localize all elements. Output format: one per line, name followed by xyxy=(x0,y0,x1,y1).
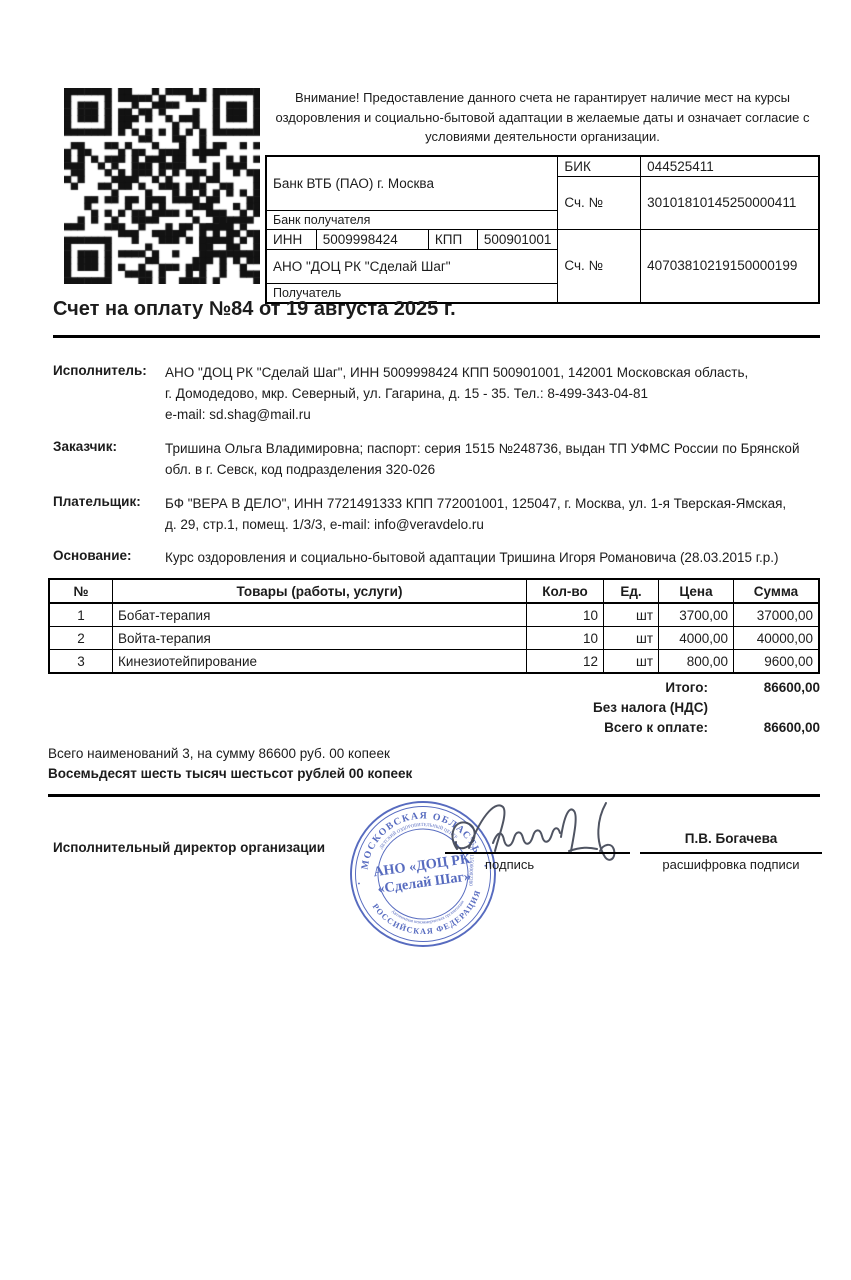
table-row: 3 Кинезиотейпирование 12 шт 800,00 9600,… xyxy=(49,650,819,674)
total-row-nds: Без налога (НДС) xyxy=(48,698,820,718)
requisite-value: БФ "ВЕРА В ДЕЛО", ИНН 7721491333 КПП 772… xyxy=(165,494,820,536)
cell-unit: шт xyxy=(604,603,659,627)
cell-price: 800,00 xyxy=(659,650,734,674)
cell-quantity: 10 xyxy=(527,603,604,627)
invoice-title: Счет на оплату №84 от 19 августа 2025 г. xyxy=(53,298,820,321)
cell-sum: 37000,00 xyxy=(734,603,820,627)
bank-recipient-label: Банк получателя xyxy=(266,210,558,229)
totals-section: Итого: 86600,00 Без налога (НДС) Всего к… xyxy=(48,678,820,738)
cell-number: 2 xyxy=(49,627,113,650)
inn-value: 5009998424 xyxy=(316,229,428,249)
stamp-separator-dot: • xyxy=(357,879,361,888)
cell-goods: Войта-терапия xyxy=(113,627,527,650)
cell-sum: 9600,00 xyxy=(734,650,820,674)
total-label: Без налога (НДС) xyxy=(593,698,708,718)
table-row: 1 Бобат-терапия 10 шт 3700,00 37000,00 xyxy=(49,603,819,627)
name-caption: расшифровка подписи xyxy=(640,857,822,872)
cell-number: 1 xyxy=(49,603,113,627)
requisite-value: Тришина Ольга Владимировна; паспорт: сер… xyxy=(165,439,820,481)
recipient-name-cell: АНО "ДОЦ РК "Сделай Шаг" xyxy=(266,249,558,283)
cell-quantity: 12 xyxy=(527,650,604,674)
cell-goods: Кинезиотейпирование xyxy=(113,650,527,674)
header-right: Внимание! Предоставление данного счета н… xyxy=(265,88,820,304)
requisite-label: Исполнитель: xyxy=(53,363,165,426)
cell-goods: Бобат-терапия xyxy=(113,603,527,627)
col-header-goods: Товары (работы, услуги) xyxy=(113,579,527,603)
total-row-itogo: Итого: 86600,00 xyxy=(48,678,820,698)
col-header-quantity: Кол-во xyxy=(527,579,604,603)
corr-account-label: Сч. № xyxy=(558,176,641,229)
amount-in-words: Восемьдесят шесть тысяч шестьсот рублей … xyxy=(48,764,820,784)
items-table: № Товары (работы, услуги) Кол-во Ед. Цен… xyxy=(48,578,820,674)
invoice-page: Внимание! Предоставление данного счета н… xyxy=(0,0,851,1280)
name-line xyxy=(640,852,822,854)
signature-section: Исполнительный директор организации МОСК xyxy=(48,797,820,1017)
bik-label: БИК xyxy=(558,156,641,177)
bik-value: 044525411 xyxy=(641,156,819,177)
requisite-customer: Заказчик: Тришина Ольга Владимировна; па… xyxy=(53,439,820,481)
cell-price: 4000,00 xyxy=(659,627,734,650)
signature-caption: подпись xyxy=(485,857,534,872)
director-label: Исполнительный директор организации xyxy=(53,840,325,855)
signature-line xyxy=(445,852,630,854)
col-header-sum: Сумма xyxy=(734,579,820,603)
account-label: Сч. № xyxy=(558,229,641,303)
cell-number: 3 xyxy=(49,650,113,674)
warning-text: Внимание! Предоставление данного счета н… xyxy=(265,88,820,147)
total-row-to-pay: Всего к оплате: 86600,00 xyxy=(48,718,820,738)
bank-name-cell: Банк ВТБ (ПАО) г. Москва xyxy=(266,156,558,211)
col-header-unit: Ед. xyxy=(604,579,659,603)
kpp-label: КПП xyxy=(428,229,477,249)
table-row: 2 Войта-терапия 10 шт 4000,00 40000,00 xyxy=(49,627,819,650)
total-value xyxy=(708,698,820,718)
cell-sum: 40000,00 xyxy=(734,627,820,650)
items-header-row: № Товары (работы, услуги) Кол-во Ед. Цен… xyxy=(49,579,819,603)
total-label: Всего к оплате: xyxy=(604,718,708,738)
title-block: Счет на оплату №84 от 19 августа 2025 г. xyxy=(53,298,820,338)
cell-quantity: 10 xyxy=(527,627,604,650)
header-section: Внимание! Предоставление данного счета н… xyxy=(64,88,820,304)
total-label: Итого: xyxy=(665,678,708,698)
bank-details-table: Банк ВТБ (ПАО) г. Москва БИК 044525411 С… xyxy=(265,155,820,304)
corr-account-value: 30101810145250000411 xyxy=(641,176,819,229)
inn-label: ИНН xyxy=(266,229,316,249)
requisite-executor: Исполнитель: АНО "ДОЦ РК "Сделай Шаг", И… xyxy=(53,363,820,426)
requisites-section: Исполнитель: АНО "ДОЦ РК "Сделай Шаг", И… xyxy=(53,363,820,582)
handwritten-signature-icon xyxy=(443,797,643,869)
col-header-number: № xyxy=(49,579,113,603)
total-value: 86600,00 xyxy=(708,678,820,698)
main-block: № Товары (работы, услуги) Кол-во Ед. Цен… xyxy=(48,578,820,1017)
col-header-price: Цена xyxy=(659,579,734,603)
items-count-line: Всего наименований 3, на сумму 86600 руб… xyxy=(48,744,820,764)
requisite-payer: Плательщик: БФ "ВЕРА В ДЕЛО", ИНН 772149… xyxy=(53,494,820,536)
cell-unit: шт xyxy=(604,650,659,674)
cell-unit: шт xyxy=(604,627,659,650)
requisite-value: Курс оздоровления и социально-бытовой ад… xyxy=(165,548,820,569)
summary-section: Всего наименований 3, на сумму 86600 руб… xyxy=(48,744,820,784)
total-value: 86600,00 xyxy=(708,718,820,738)
cell-price: 3700,00 xyxy=(659,603,734,627)
account-value: 40703810219150000199 xyxy=(641,229,819,303)
requisite-value: АНО "ДОЦ РК "Сделай Шаг", ИНН 5009998424… xyxy=(165,363,820,426)
requisite-label: Основание: xyxy=(53,548,165,569)
requisite-basis: Основание: Курс оздоровления и социально… xyxy=(53,548,820,569)
qr-code-icon xyxy=(64,88,260,284)
director-name: П.В. Богачева xyxy=(640,831,822,846)
requisite-label: Плательщик: xyxy=(53,494,165,536)
kpp-value: 500901001 xyxy=(477,229,558,249)
requisite-label: Заказчик: xyxy=(53,439,165,481)
